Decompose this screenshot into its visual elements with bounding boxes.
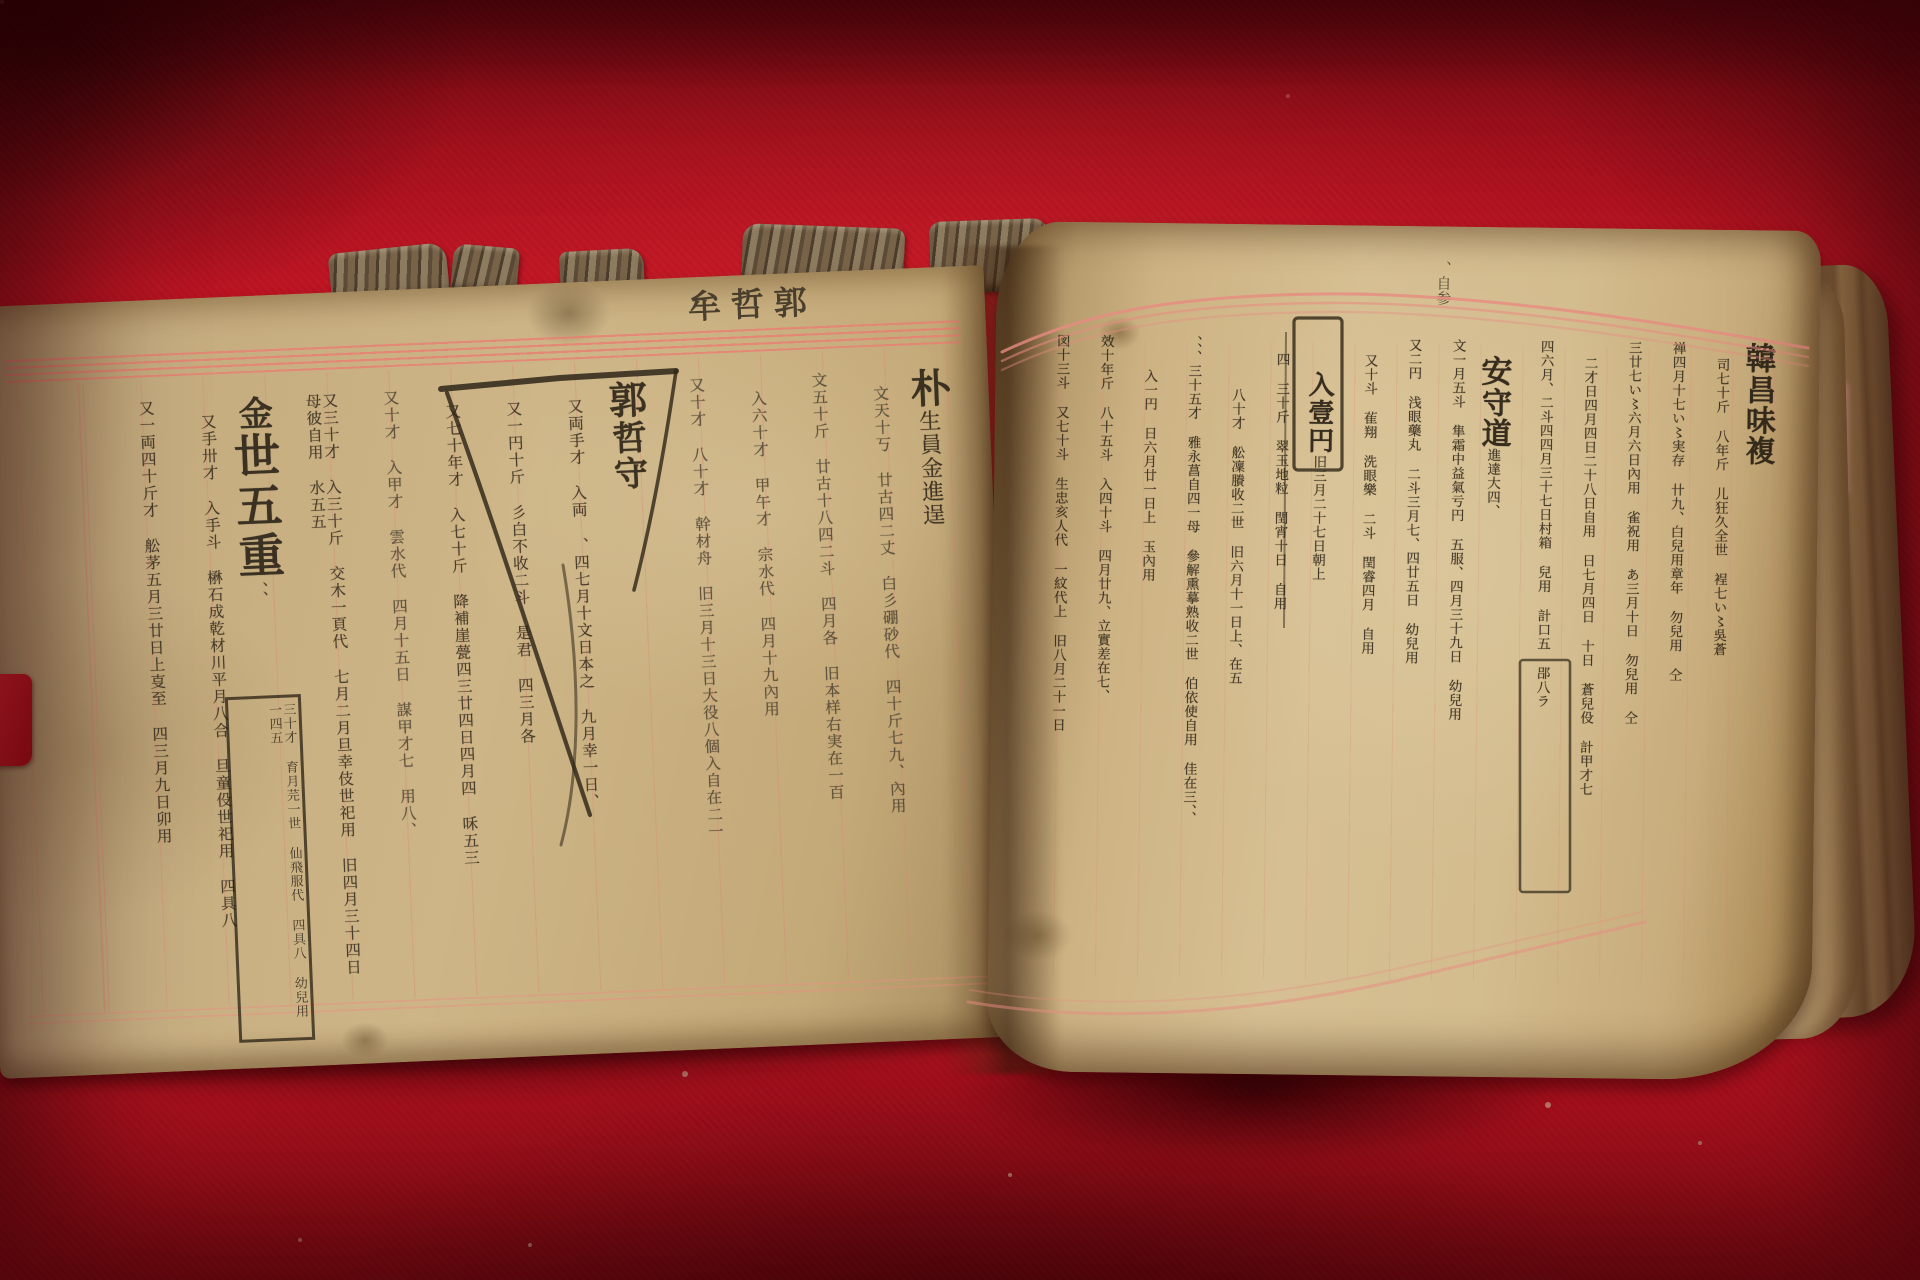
text-column: 又十斗 雈翔 洗眼樂 二斗 閏睿四月 自用	[1330, 337, 1378, 975]
boxed-annotation: 三十才 育月芫一世 仙飛服代 四具八 幼兒用 一四五	[225, 694, 315, 1043]
text-column: 八十才 舩凜賸收二世 旧六月十一日上、在五	[1198, 336, 1246, 974]
left-page-columns: 朴生員金進逞 文天十丂 廿古四二丈 白彡硼砂代 四十斤七九、內用 文五十斤 廿古…	[92, 367, 972, 998]
text-column: 四六月、二斗四四月三十七日村箱 兒用 計口五 郘八ラ	[1506, 339, 1554, 977]
gutter-shadow	[944, 246, 1062, 1074]
text-column: 文一月五斗 隼霜中益氣亏円 五服、四月三十九日 幼兒用	[1418, 338, 1466, 976]
text-column: 、、、三十五才 雅永菖自四一母 參解熏摹熟收二世 伯依使自用 佳在三、、	[1154, 335, 1202, 973]
text-column: 入一円 日六月廿一日上 玉內用	[1110, 334, 1158, 972]
text-column: 四 三十斤 翠玉地粒 閏宵十日 自用	[1242, 336, 1290, 974]
text-column: 司七十斤 八年斤 儿狂久全世 裎七い〻吳蒼	[1682, 341, 1730, 979]
name-column: 安守道進達大四、	[1462, 339, 1510, 977]
text-column: 入壹円旧三月二十七日朝上	[1286, 337, 1334, 975]
text-column: 又二円 浅眼藥丸 二斗三月七、四廿五日 幼兒用	[1374, 338, 1422, 976]
page-top-note: 、自参	[1432, 260, 1454, 305]
red-edge-tab	[0, 674, 32, 766]
text-column: 禅四月十七い〻実存 卄九、白兒用章年 勿兒用 仝	[1638, 341, 1686, 979]
right-page: 、自参 韓昌味複 司七十斤 八年斤 儿狂久全世 裎七い〻吳蒼 禅四月十七い〻実存…	[987, 221, 1821, 1081]
left-page: 牟哲郭 朴生員金進逞 文天十丂 廿古四二丈 白彡硼砂代 四十斤七九、內用 文五十…	[0, 265, 1016, 1079]
text-column: 三廿七い〻六月六日內用 雀祝用 あ三月十日 勿兒用 仝	[1594, 340, 1642, 978]
cloth-lint-specks	[0, 0, 4, 4]
page-top-heading: 牟哲郭	[687, 276, 818, 328]
text-column: 效十年斤 八十五斗 入四十斗 四月廿九、立實差在七、	[1066, 334, 1114, 972]
name-column: 韓昌味複	[1726, 342, 1774, 980]
text-column: 二才日四月四日二十八日自用 日七月四日 十日 蒼兒伇 計甲才七	[1550, 340, 1598, 978]
right-page-columns: 韓昌味複 司七十斤 八年斤 儿狂久全世 裎七い〻吳蒼 禅四月十七い〻実存 卄九、…	[1022, 333, 1774, 980]
